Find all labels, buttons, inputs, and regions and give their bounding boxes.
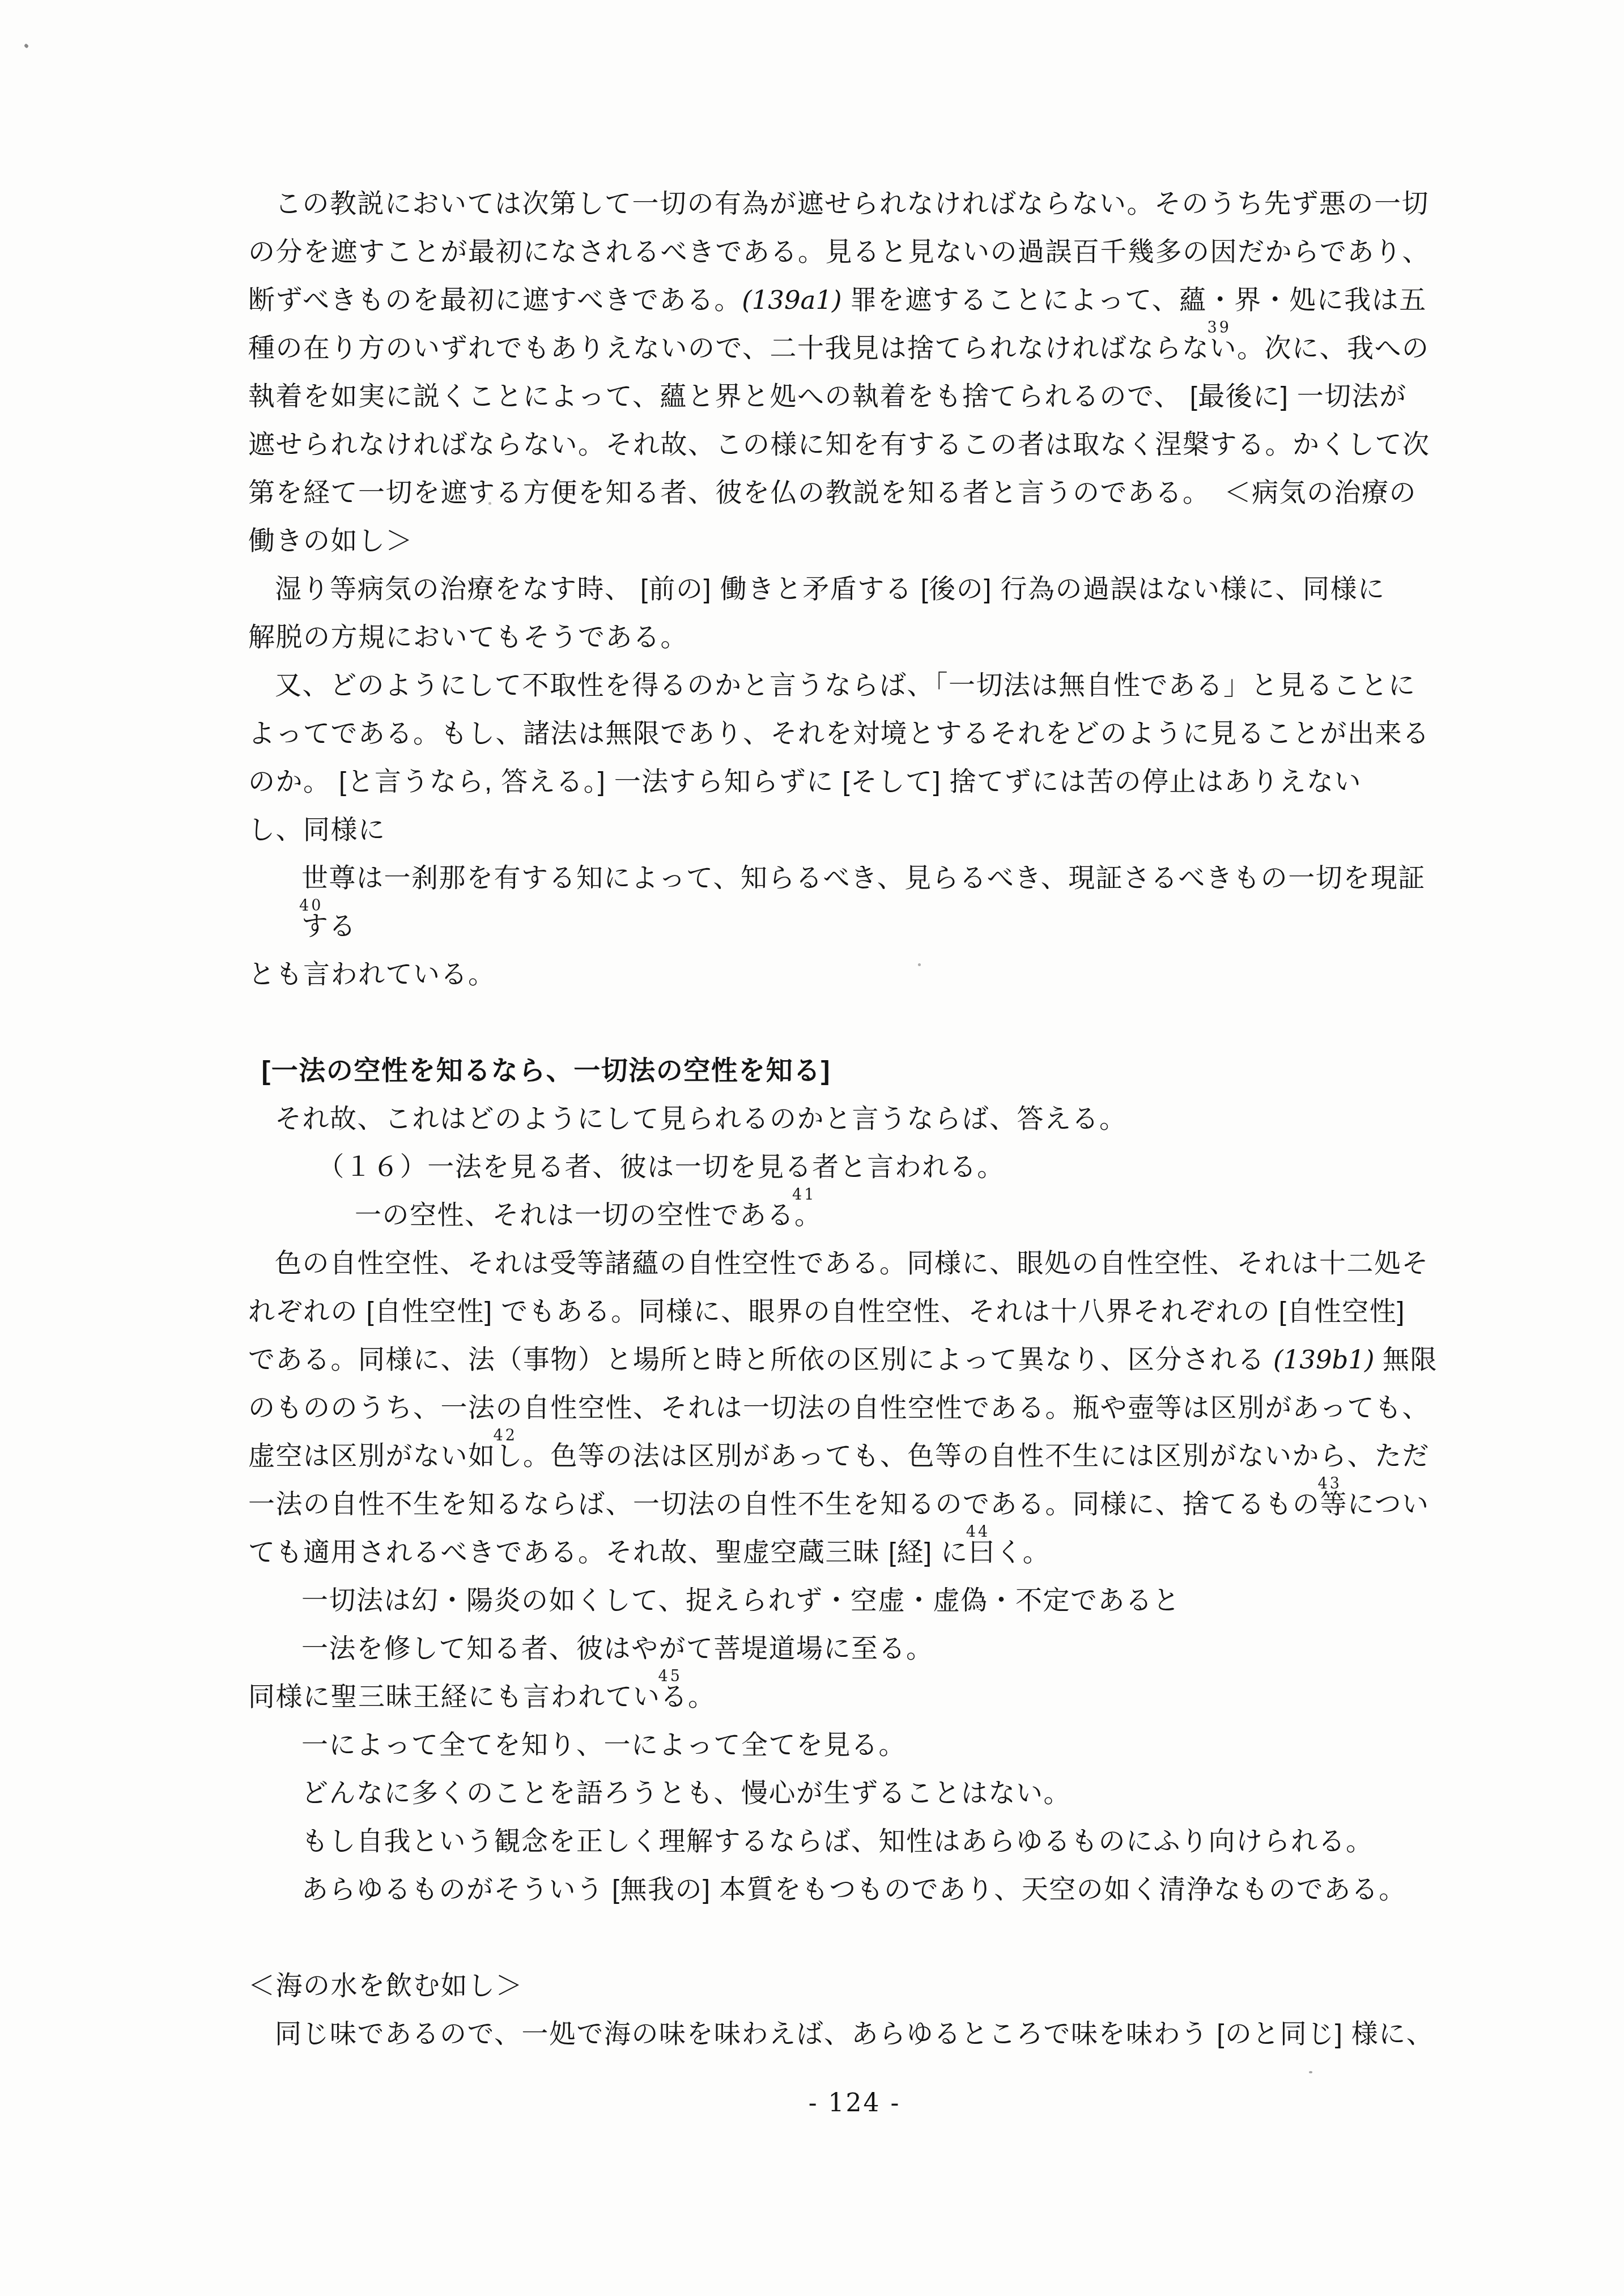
text-line: 又、どのようにして不取性を得るのかと言うならば、「一切法は無自性である」と見るこ…: [248, 661, 1461, 709]
folio-reference: (139b1): [1273, 1345, 1374, 1375]
page-text: この教説においては次第して一切の有為が遮せられなければならない。そのうち先ず悪の…: [248, 179, 1461, 2057]
text-line: のか。 [と言うなら, 答える。] 一法すら知らずに [そして] 捨てずには苦の…: [248, 757, 1461, 805]
scan-artifact: [24, 43, 29, 48]
scan-artifact: [918, 963, 921, 966]
line-text: 一によって全てを知り、一によって全てを見る。: [301, 1729, 906, 1759]
text-line: 一によって全てを知り、一によって全てを見る。: [248, 1720, 1461, 1768]
section-heading: [一法の空性を知るなら、一切法の空性を知る]: [248, 1046, 1461, 1094]
text-line: 世尊は一刹那を有する知によって、知らるべき、見らるべき、現証さるべきもの一切を現…: [248, 853, 1461, 902]
line-text: 一法を修して知る者、彼はやがて菩堤道場に至る。: [301, 1633, 934, 1663]
text-line: ても適用されるべきである。それ故、聖虚空蔵三昧 [経] に44曰く。: [248, 1528, 1461, 1576]
line-text: とも言われている。: [248, 959, 496, 989]
text-line: の分を遮すことが最初になされるべきである。見ると見ないの過誤百千幾多の因だからで…: [248, 227, 1461, 275]
footnote-number: 43: [1318, 1476, 1342, 1491]
page-number: - 124 -: [248, 2086, 1461, 2120]
line-text: の分を遮すことが最初になされるべきである。見ると見ないの過誤百千幾多の因だからで…: [248, 236, 1430, 266]
line-text: 断ずべきものを最初に遮すべきである。: [248, 284, 742, 314]
line-text: 虚空は区別がない如: [248, 1440, 496, 1470]
line-text: し、同様に: [248, 814, 386, 844]
footnote-number: 40: [299, 898, 323, 913]
line-text: 湿り等病気の治療をなす時、 [前の] 働きと矛盾する [後の] 行為の過誤はない…: [275, 573, 1385, 603]
text-line: 解脱の方規においてもそうである。: [248, 613, 1461, 661]
line-text: 等につい: [1320, 1489, 1430, 1519]
line-text: する: [301, 911, 356, 941]
line-text: し。色等の法は区別があっても、色等の自性不生には区別がないから、ただ: [496, 1440, 1430, 1470]
text-line: のもののうち、一法の自性空性、それは一切法の自性空性である。瓶や壺等は区別があっ…: [248, 1383, 1461, 1431]
text-line: 同じ味であるので、一処で海の味を味わえば、あらゆるところで味を味わう [のと同じ…: [248, 2009, 1461, 2057]
text-line: 同様に聖三昧王経にも言われてい45る。: [248, 1672, 1461, 1720]
text-line: し、同様に: [248, 805, 1461, 853]
line-text: 一の空性、それは一切の空性である: [355, 1200, 794, 1230]
text-line: どんなに多くのことを語ろうとも、慢心が生ずることはない。: [248, 1768, 1461, 1817]
text-line: ＜海の水を飲む如し＞: [248, 1961, 1461, 2009]
text-line: 一法の自性不生を知るならば、一切法の自性不生を知るのである。同様に、捨てるもの4…: [248, 1479, 1461, 1528]
blank-line: [248, 1913, 1461, 1961]
scan-artifact: [488, 502, 491, 505]
line-text: 働きの如し＞: [248, 525, 413, 555]
text-line: もし自我という観念を正しく理解するならば、知性はあらゆるものにふり向けられる。: [248, 1817, 1461, 1865]
text-line: 40する: [248, 902, 1461, 950]
text-line: それ故、これはどのようにして見られるのかと言うならば、答える。: [248, 1094, 1461, 1142]
text-line: 遮せられなければならない。それ故、この様に知を有するこの者は取なく涅槃する。かく…: [248, 420, 1461, 468]
line-text: （１６）一法を見る者、彼は一切を見る者と言われる。: [317, 1151, 1005, 1181]
line-text: 同様に聖三昧王経にも言われてい: [248, 1681, 661, 1711]
footnote-number: 42: [494, 1428, 517, 1443]
line-text: [一法の空性を知るなら、一切法の空性を知る]: [262, 1055, 831, 1085]
line-text: どんなに多くのことを語ろうとも、慢心が生ずることはない。: [301, 1778, 1071, 1808]
footnote-number: 41: [792, 1187, 816, 1202]
text-line: あらゆるものがそういう [無我の] 本質をもつものであり、天空の如く清浄なもので…: [248, 1865, 1461, 1913]
line-text: 一法の自性不生を知るならば、一切法の自性不生を知るのである。同様に、捨てるもの: [248, 1489, 1320, 1519]
line-text: のか。 [と言うなら, 答える。] 一法すら知らずに [そして] 捨てずには苦の…: [248, 766, 1362, 796]
line-text: 執着を如実に説くことによって、蘊と界と処への執着をも捨てられるので、 [最後に]…: [248, 381, 1407, 411]
text-line: 第を経て一切を遮する方便を知る者、彼を仏の教説を知る者と言うのである。 ＜病気の…: [248, 468, 1461, 516]
text-line: よってである。もし、諸法は無限であり、それを対境とするそれをどのように見ることが…: [248, 709, 1461, 757]
footnote-number: 39: [1208, 320, 1231, 335]
line-text: この教説においては次第して一切の有為が遮せられなければならない。そのうち先ず悪の…: [275, 188, 1429, 218]
line-text: れぞれの [自性空性] でもある。同様に、眼界の自性空性、それは十八界それぞれの…: [248, 1296, 1405, 1326]
line-text: 又、どのようにして不取性を得るのかと言うならば、「一切法は無自性である」と見るこ…: [275, 670, 1416, 700]
line-text: 種の在り方のいずれでもありえないので、二十我見は捨てられなければならな: [248, 333, 1210, 363]
text-line: 執着を如実に説くことによって、蘊と界と処への執着をも捨てられるので、 [最後に]…: [248, 372, 1461, 420]
line-text: もし自我という観念を正しく理解するならば、知性はあらゆるものにふり向けられる。: [301, 1826, 1374, 1856]
footnote-number: 45: [658, 1669, 682, 1684]
text-line: 種の在り方のいずれでもありえないので、二十我見は捨てられなければならな39い。次…: [248, 324, 1461, 372]
line-text: それ故、これはどのようにして見られるのかと言うならば、答える。: [275, 1103, 1127, 1133]
line-text: 色の自性空性、それは受等諸蘊の自性空性である。同様に、眼処の自性空性、それは十二…: [275, 1248, 1429, 1278]
line-text: 第を経て一切を遮する方便を知る者、彼を仏の教説を知る者と言うのである。 ＜病気の…: [248, 477, 1417, 507]
line-text: る。: [661, 1681, 716, 1711]
line-text: よってである。もし、諸法は無限であり、それを対境とするそれをどのように見ることが…: [248, 718, 1430, 748]
scanned-page: { "page": { "background": "#fdfdfc", "te…: [0, 0, 1624, 2296]
line-text: 一切法は幻・陽炎の如くして、捉えられず・空虚・虚偽・不定であると: [301, 1585, 1180, 1615]
text-line: 一切法は幻・陽炎の如くして、捉えられず・空虚・虚偽・不定であると: [248, 1576, 1461, 1624]
text-line: とも言われている。: [248, 950, 1461, 998]
line-text: あらゆるものがそういう [無我の] 本質をもつものであり、天空の如く清浄なもので…: [301, 1874, 1406, 1904]
text-line: である。同様に、法（事物）と場所と時と所依の区別によって異なり、区分される (1…: [248, 1335, 1461, 1383]
line-text: である。同様に、法（事物）と場所と時と所依の区別によって異なり、区分される: [248, 1344, 1273, 1374]
line-text: 無限: [1375, 1344, 1438, 1374]
line-text: い。次に、我への: [1210, 333, 1430, 363]
folio-reference: (139a1): [742, 285, 841, 315]
text-line: 一の空性、それは一切の空性である41。: [248, 1190, 1461, 1239]
line-text: ても適用されるべきである。それ故、聖虚空蔵三昧 [経] に: [248, 1537, 968, 1567]
line-text: 罪を遮することによって、蘊・界・処に我は五: [842, 284, 1427, 314]
text-line: れぞれの [自性空性] でもある。同様に、眼界の自性空性、それは十八界それぞれの…: [248, 1287, 1461, 1335]
text-line: 虚空は区別がない如42し。色等の法は区別があっても、色等の自性不生には区別がない…: [248, 1431, 1461, 1479]
line-text: 解脱の方規においてもそうである。: [248, 622, 688, 652]
text-line: （１６）一法を見る者、彼は一切を見る者と言われる。: [248, 1142, 1461, 1190]
line-text: 遮せられなければならない。それ故、この様に知を有するこの者は取なく涅槃する。かく…: [248, 429, 1430, 459]
text-line: 色の自性空性、それは受等諸蘊の自性空性である。同様に、眼処の自性空性、それは十二…: [248, 1239, 1461, 1287]
line-text: 世尊は一刹那を有する知によって、知らるべき、見らるべき、現証さるべきもの一切を現…: [301, 862, 1426, 892]
footnote-number: 44: [966, 1524, 990, 1540]
scan-artifact: [1309, 2071, 1312, 2073]
line-text: ＜海の水を飲む如し＞: [248, 1970, 523, 2000]
text-line: 断ずべきものを最初に遮すべきである。(139a1) 罪を遮することによって、蘊・…: [248, 275, 1461, 324]
text-line: 湿り等病気の治療をなす時、 [前の] 働きと矛盾する [後の] 行為の過誤はない…: [248, 564, 1461, 613]
line-text: 。: [794, 1200, 822, 1230]
text-line: この教説においては次第して一切の有為が遮せられなければならない。そのうち先ず悪の…: [248, 179, 1461, 227]
line-text: 曰く。: [968, 1537, 1051, 1567]
line-text: 同じ味であるので、一処で海の味を味わえば、あらゆるところで味を味わう [のと同じ…: [275, 2018, 1434, 2048]
text-line: 働きの如し＞: [248, 516, 1461, 564]
text-line: 一法を修して知る者、彼はやがて菩堤道場に至る。: [248, 1624, 1461, 1672]
line-text: のもののうち、一法の自性空性、それは一切法の自性空性である。瓶や壺等は区別があっ…: [248, 1392, 1430, 1422]
blank-line: [248, 998, 1461, 1046]
